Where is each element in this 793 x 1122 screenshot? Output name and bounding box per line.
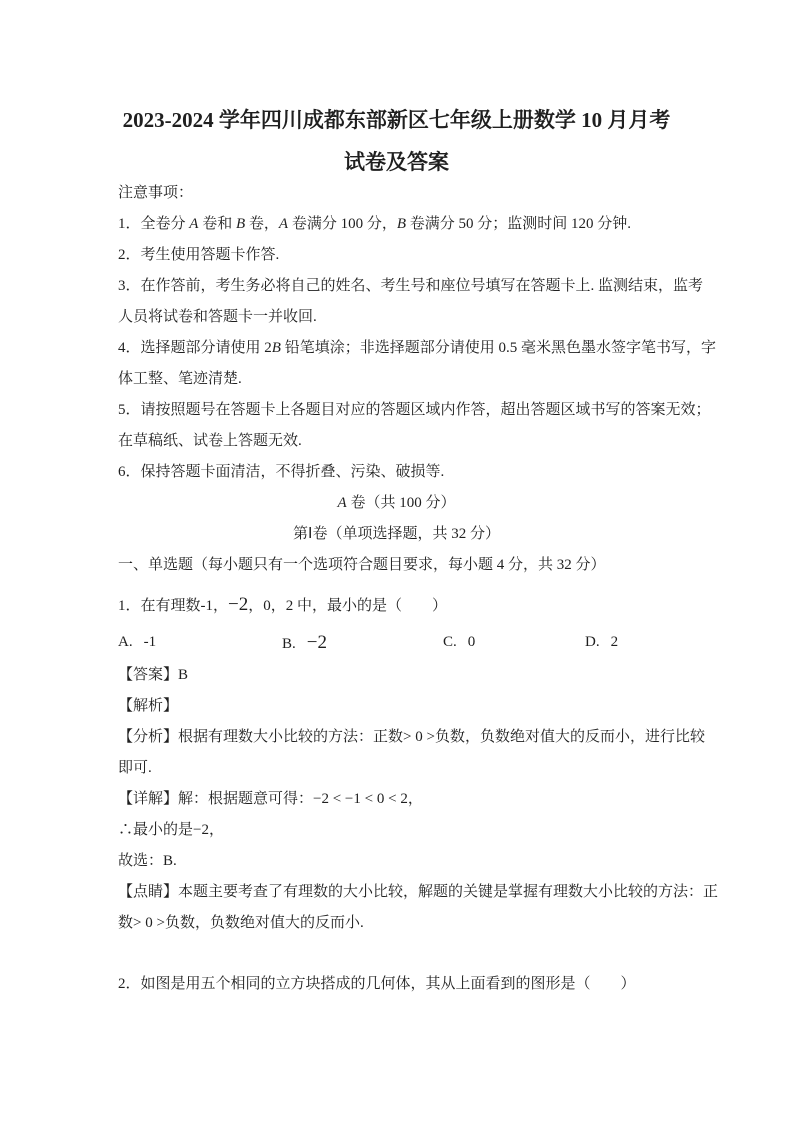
notice-item-3: 3．在作答前，考生务必将自己的姓名、考生号和座位号填写在答题卡上. 监测结束，监… <box>118 271 675 302</box>
math-expression: −2 <box>228 594 248 615</box>
part1-heading: 第Ⅰ卷（单项选择题，共 32 分） <box>118 519 675 550</box>
math-expression: > 0 > <box>403 729 435 745</box>
math-expression: −2 < −1 < 0 < 2 <box>313 791 408 807</box>
variable-b: B <box>236 216 245 232</box>
text-segment: 【详解】解：根据题意可得： <box>118 791 313 807</box>
text-segment: 数 <box>118 915 133 931</box>
option-a: A.-1 <box>118 627 156 658</box>
question-1-guxuan-line: 故选：B. <box>118 846 675 877</box>
text-segment: 卷（共 100 分） <box>347 495 456 511</box>
question-1-stem: 1．在有理数-1，−2，0，2 中，最小的是（ ） <box>118 589 675 622</box>
notice-heading: 注意事项： <box>118 178 675 209</box>
question-1-dianjing-line-2: 数> 0 >负数，负数绝对值大的反而小. <box>118 908 675 939</box>
variable-a: A <box>279 216 288 232</box>
text-segment: ，0，2 中，最小的是（ ） <box>248 598 447 614</box>
variable-b: B <box>397 216 406 232</box>
question-1-jiexi-label: 【解析】 <box>118 691 675 722</box>
option-value: 0 <box>468 634 476 650</box>
question-1-dianjing-line-1: 【点睛】本题主要考查了有理数的大小比较，解题的关键是掌握有理数大小比较的方法：正 <box>118 877 675 908</box>
title-text: 试卷及答案 <box>344 146 449 178</box>
text-segment: ， <box>408 791 423 807</box>
question-1-fenxi-line-2: 即可. <box>118 753 675 784</box>
option-value: −2 <box>307 632 327 653</box>
volume-a-heading: A 卷（共 100 分） <box>118 488 675 519</box>
math-expression: > 0 > <box>133 915 165 931</box>
text-segment: 卷满分 100 分， <box>288 216 397 232</box>
notice-item-2: 2．考生使用答题卡作答. <box>118 240 675 271</box>
option-value: 2 <box>611 634 619 650</box>
option-c: C.0 <box>443 627 475 658</box>
notice-item-6: 6．保持答题卡面清洁，不得折叠、污染、破损等. <box>118 457 675 488</box>
option-value: -1 <box>144 634 157 650</box>
question-1-options: A.-1 B.−2 C.0 D.2 <box>118 627 675 658</box>
question-1-answer: 【答案】B <box>118 660 675 691</box>
question-1-conclusion-line: ∴最小的是−2， <box>118 815 675 846</box>
text-segment: ∴最小的是 <box>118 822 193 838</box>
text-segment: ， <box>209 822 224 838</box>
document-title-line-2: 试卷及答案 <box>118 146 675 178</box>
math-expression: −2 <box>193 822 209 838</box>
text-segment: 负数，负数绝对值大的反而小，进行比较 <box>435 729 705 745</box>
text-segment: 负数，负数绝对值大的反而小. <box>165 915 364 931</box>
option-label: B. <box>282 636 296 652</box>
text-segment: 1．全卷分 <box>118 216 189 232</box>
text-segment: 铅笔填涂；非选择题部分请使用 0.5 毫米黑色墨水签字笔书写，字 <box>281 340 716 356</box>
notice-item-5-continued: 在草稿纸、试卷上答题无效. <box>118 426 675 457</box>
option-label: A. <box>118 634 133 650</box>
text-segment: 卷， <box>245 216 279 232</box>
document-title-line-1: 2023-2024 学年四川成都东部新区七年级上册数学 10 月月考 <box>118 104 675 136</box>
exam-document-page: 2023-2024 学年四川成都东部新区七年级上册数学 10 月月考 试卷及答案… <box>0 0 793 1000</box>
notice-item-4: 4．选择题部分请使用 2B 铅笔填涂；非选择题部分请使用 0.5 毫米黑色墨水签… <box>118 333 675 364</box>
notice-item-4-continued: 体工整、笔迹清楚. <box>118 364 675 395</box>
option-label: C. <box>443 634 457 650</box>
question-1-xiangjie-line: 【详解】解：根据题意可得：−2 < −1 < 0 < 2， <box>118 784 675 815</box>
section1-heading: 一、单选题（每小题只有一个选项符合题目要求，每小题 4 分，共 32 分） <box>118 550 675 581</box>
variable-a: A <box>338 495 347 511</box>
notice-heading-text: 注意事项： <box>118 185 193 201</box>
text-segment: 卷和 <box>198 216 236 232</box>
notice-item-3-continued: 人员将试卷和答题卡一并收回. <box>118 302 675 333</box>
option-b: B.−2 <box>282 627 327 660</box>
question-1-fenxi-line-1: 【分析】根据有理数大小比较的方法：正数> 0 >负数，负数绝对值大的反而小，进行… <box>118 722 675 753</box>
text-segment: 卷满分 50 分；监测时间 120 分钟. <box>406 216 631 232</box>
text-segment: 4．选择题部分请使用 2 <box>118 340 272 356</box>
notice-item-5: 5．请按照题号在答题卡上各题目对应的答题区域内作答，超出答题区域书写的答案无效； <box>118 395 675 426</box>
option-label: D. <box>585 634 600 650</box>
notice-item-1: 1．全卷分 A 卷和 B 卷，A 卷满分 100 分，B 卷满分 50 分；监测… <box>118 209 675 240</box>
text-segment: 【分析】根据有理数大小比较的方法：正数 <box>118 729 403 745</box>
title-text: 2023-2024 学年四川成都东部新区七年级上册数学 10 月月考 <box>123 104 671 136</box>
option-d: D.2 <box>585 627 618 658</box>
text-segment: 1．在有理数-1， <box>118 598 228 614</box>
variable-b: B <box>272 340 281 356</box>
question-2-stem: 2．如图是用五个相同的立方块搭成的几何体，其从上面看到的图形是（ ） <box>118 969 675 1000</box>
